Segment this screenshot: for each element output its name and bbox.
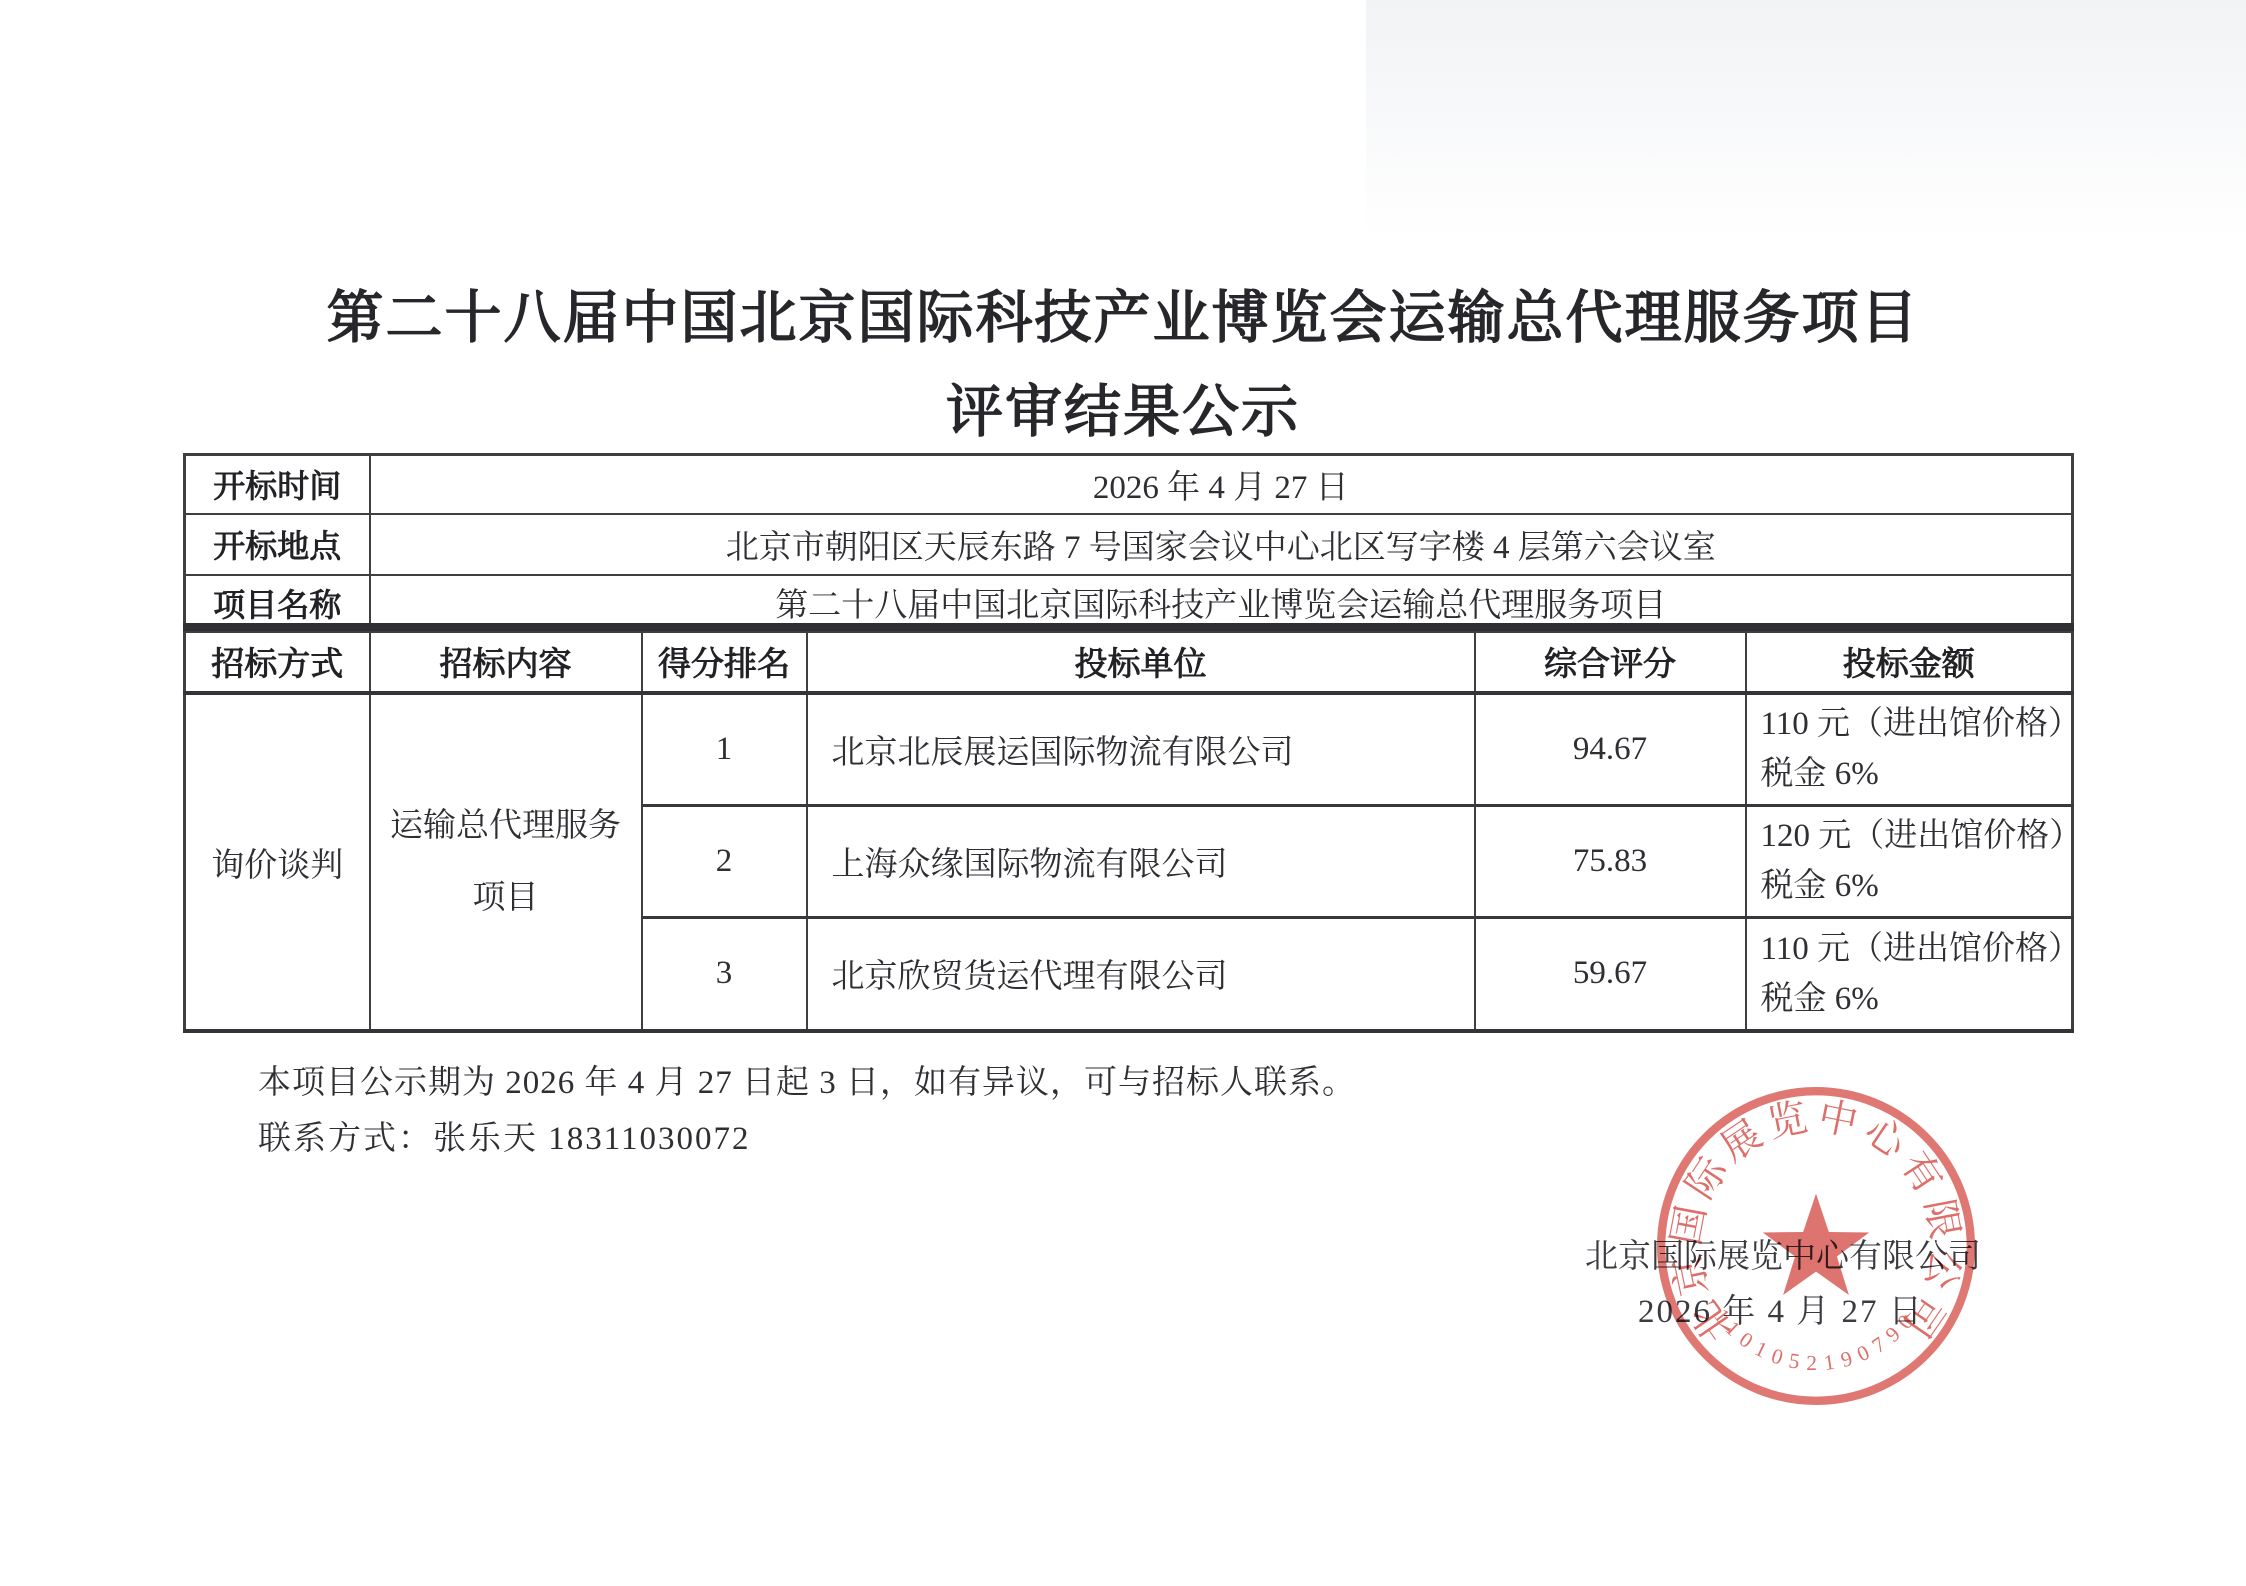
publicity-period-notice: 本项目公示期为 2026 年 4 月 27 日起 3 日，如有异议，可与招标人联… (258, 1056, 1356, 1103)
cell-bidder-3: 北京欣贸货运代理有限公司 (807, 917, 1475, 1031)
cell-bid-method: 询价谈判 (185, 693, 370, 1031)
info-label-bid-opening-place: 开标地点 (185, 514, 370, 575)
info-label-bid-opening-time: 开标时间 (185, 455, 370, 514)
table-row: 询价谈判 运输总代理服务 项目 1 北京北辰展运国际物流有限公司 94.67 1… (185, 693, 2073, 805)
header-bid-content: 招标内容 (370, 627, 642, 693)
document-title-line1: 第二十八届中国北京国际科技产业博览会运输总代理服务项目 (0, 272, 2246, 354)
cell-amount-3: 110 元（进出馆价格） 税金 6% (1746, 917, 2073, 1031)
header-bid-amount: 投标金额 (1746, 627, 2073, 693)
info-value-bid-opening-time: 2026 年 4 月 27 日 (370, 455, 2073, 514)
cell-rank-1: 1 (642, 693, 807, 805)
cell-bidder-2: 上海众缘国际物流有限公司 (807, 805, 1475, 917)
amount-line2: 税金 6% (1761, 749, 2071, 799)
bid-content-line1: 运输总代理服务 (372, 790, 640, 862)
company-seal-stamp: 北京国际展览中心有限公司 1101052190790 (1650, 1080, 1982, 1412)
svg-text:1101052190790: 1101052190790 (1709, 1304, 1923, 1375)
cell-bid-content: 运输总代理服务 项目 (370, 693, 642, 1031)
header-bidder: 投标单位 (807, 627, 1475, 693)
cell-amount-2: 120 元（进出馆价格） 税金 6% (1746, 805, 2073, 917)
amount-line1: 120 元（进出馆价格） (1761, 811, 2071, 861)
amount-line2: 税金 6% (1761, 861, 2071, 911)
cell-rank-2: 2 (642, 805, 807, 917)
amount-line2: 税金 6% (1761, 974, 2071, 1024)
cell-score-2: 75.83 (1475, 805, 1746, 917)
cell-bidder-1: 北京北辰展运国际物流有限公司 (807, 693, 1475, 805)
cell-score-3: 59.67 (1475, 917, 1746, 1031)
star-icon (1763, 1194, 1870, 1295)
cell-amount-1: 110 元（进出馆价格） 税金 6% (1746, 693, 2073, 805)
amount-line1: 110 元（进出馆价格） (1761, 924, 2071, 974)
scan-shadow-artifact (1366, 0, 2246, 238)
table-header-row: 招标方式 招标内容 得分排名 投标单位 综合评分 投标金额 (185, 627, 2073, 693)
table-row: 开标时间 2026 年 4 月 27 日 (185, 455, 2073, 514)
header-score-rank: 得分排名 (642, 627, 807, 693)
bid-content-line2: 项目 (372, 862, 640, 934)
header-overall-score: 综合评分 (1475, 627, 1746, 693)
scanned-document-page: 第二十八届中国北京国际科技产业博览会运输总代理服务项目 评审结果公示 开标时间 … (0, 0, 2246, 1586)
table-row: 开标地点 北京市朝阳区天辰东路 7 号国家会议中心北区写字楼 4 层第六会议室 (185, 514, 2073, 575)
seal-serial-number: 1101052190790 (1709, 1304, 1923, 1375)
document-title-line2: 评审结果公示 (0, 366, 2246, 448)
header-bid-method: 招标方式 (185, 627, 370, 693)
info-value-bid-opening-place: 北京市朝阳区天辰东路 7 号国家会议中心北区写字楼 4 层第六会议室 (370, 514, 2073, 575)
bid-results-table: 招标方式 招标内容 得分排名 投标单位 综合评分 投标金额 询价谈判 运输总代理… (183, 623, 2074, 1033)
amount-line1: 110 元（进出馆价格） (1761, 699, 2071, 749)
contact-info: 联系方式：张乐天 18311030072 (258, 1112, 751, 1159)
project-info-table: 开标时间 2026 年 4 月 27 日 开标地点 北京市朝阳区天辰东路 7 号… (183, 453, 2074, 633)
cell-score-1: 94.67 (1475, 693, 1746, 805)
cell-rank-3: 3 (642, 917, 807, 1031)
